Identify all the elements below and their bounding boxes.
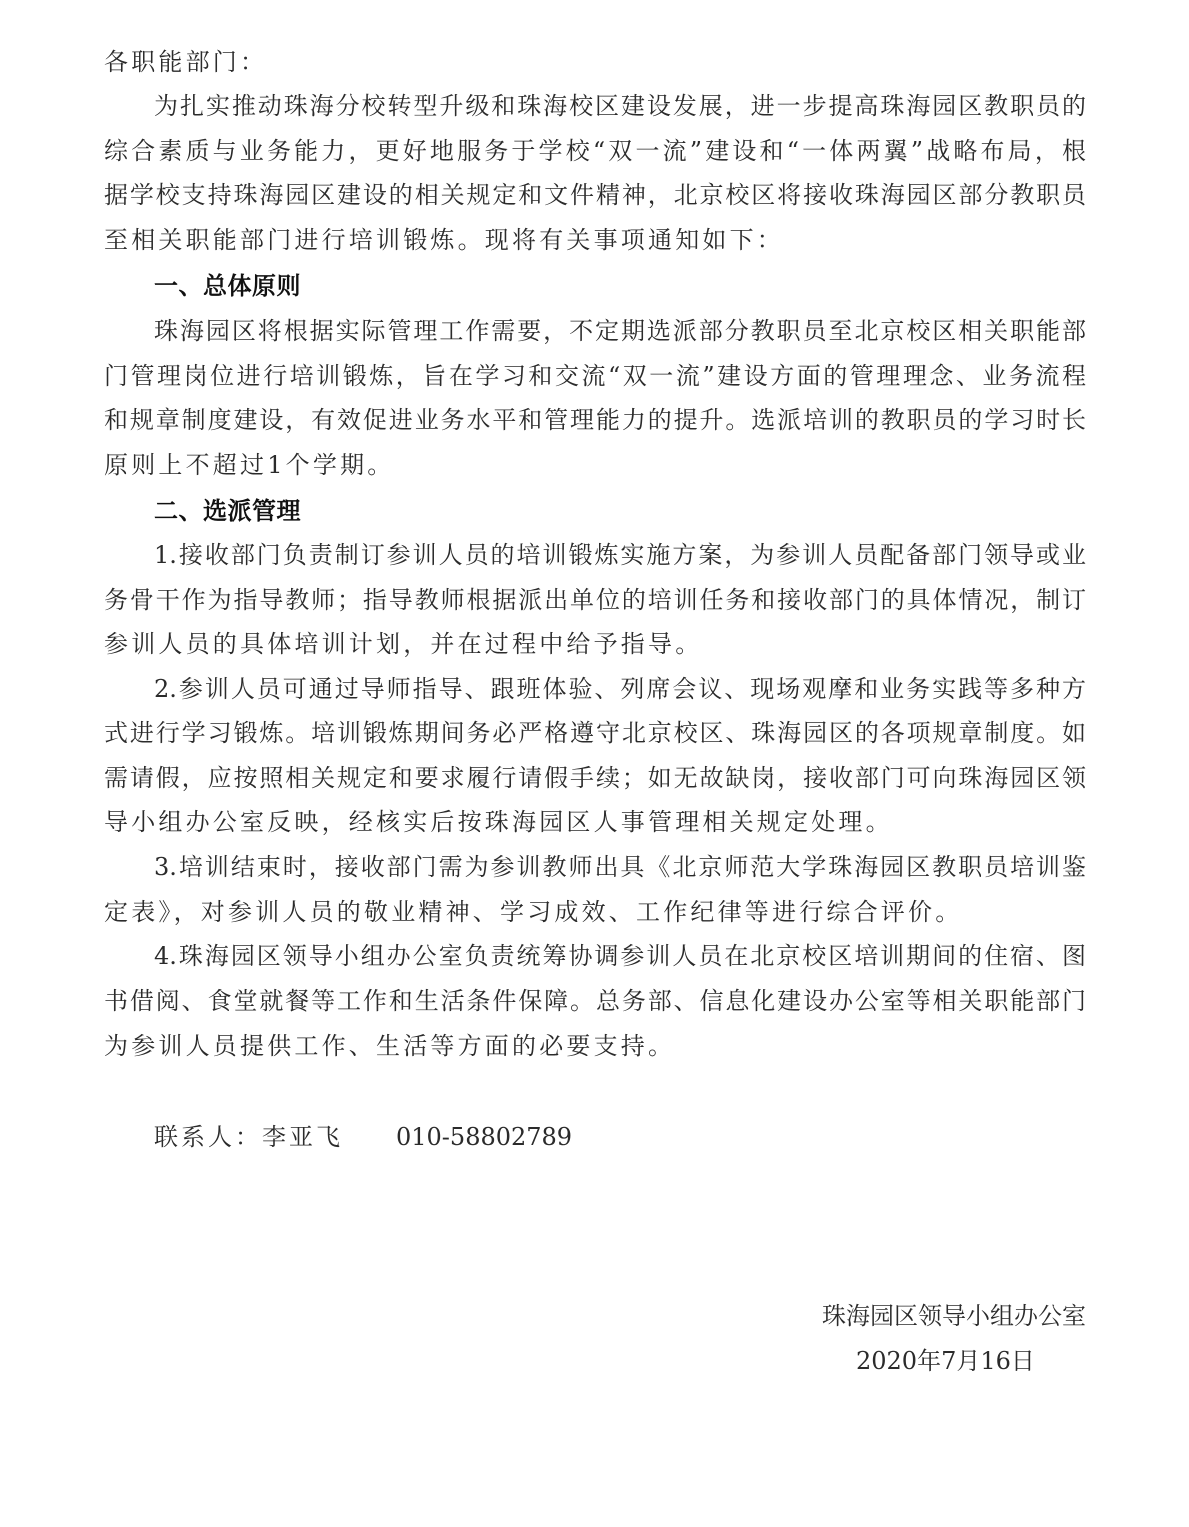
salutation: 各职能部门： [104, 40, 267, 84]
contact-person: 联系人：李亚飞 [154, 1115, 343, 1159]
item-4-line: 为参训人员提供工作、生活等方面的必要支持。 [104, 1024, 675, 1068]
item-1-line: 务骨干作为指导教师；指导教师根据派出单位的培训任务和接收部门的具体情况，制订 [104, 578, 1086, 622]
paragraph-line: 原则上不超过1个学期。 [104, 443, 394, 487]
item-2-line: 需请假，应按照相关规定和要求履行请假手续；如无故缺岗，接收部门可向珠海园区领 [104, 756, 1086, 800]
paragraph-line: 门管理岗位进行培训锻炼，旨在学习和交流“双一流”建设方面的管理理念、业务流程 [104, 354, 1086, 398]
item-2-line: 式进行学习锻炼。培训锻炼期间务必严格遵守北京校区、珠海园区的各项规章制度。如 [104, 711, 1086, 755]
item-3-line: 3.培训结束时，接收部门需为参训教师出具《北京师范大学珠海园区教职员培训鉴 [104, 845, 1086, 889]
intro-line: 至相关职能部门进行培训锻炼。现将有关事项通知如下： [104, 218, 784, 262]
item-4-line: 4.珠海园区领导小组办公室负责统筹协调参训人员在北京校区培训期间的住宿、图 [104, 934, 1086, 978]
paragraph-line: 珠海园区将根据实际管理工作需要，不定期选派部分教职员至北京校区相关职能部 [104, 309, 1086, 353]
section-heading-selection: 二、选派管理 [154, 489, 301, 533]
section-heading-principles: 一、总体原则 [154, 264, 301, 308]
contact-phone: 010-58802789 [396, 1115, 572, 1159]
signature-office: 珠海园区领导小组办公室 [822, 1294, 1086, 1338]
item-4-line: 书借阅、食堂就餐等工作和生活条件保障。总务部、信息化建设办公室等相关职能部门 [104, 979, 1086, 1023]
intro-line: 据学校支持珠海园区建设的相关规定和文件精神，北京校区将接收珠海园区部分教职员 [104, 173, 1086, 217]
item-1-line: 1.接收部门负责制订参训人员的培训锻炼实施方案，为参训人员配备部门领导或业 [104, 533, 1086, 577]
item-1-line: 参训人员的具体培训计划，并在过程中给予指导。 [104, 622, 702, 666]
item-2-line: 2.参训人员可通过导师指导、跟班体验、列席会议、现场观摩和业务实践等多种方 [104, 667, 1086, 711]
intro-line: 为扎实推动珠海分校转型升级和珠海校区建设发展，进一步提高珠海园区教职员的 [104, 84, 1086, 128]
item-2-line: 导小组办公室反映，经核实后按珠海园区人事管理相关规定处理。 [104, 800, 893, 844]
paragraph-line: 和规章制度建设，有效促进业务水平和管理能力的提升。选派培训的教职员的学习时长 [104, 398, 1086, 442]
signature-date: 2020年7月16日 [856, 1339, 1035, 1383]
item-3-line: 定表》，对参训人员的敬业精神、学习成效、工作纪律等进行综合评价。 [104, 890, 962, 934]
intro-line: 综合素质与业务能力，更好地服务于学校“双一流”建设和“一体两翼”战略布局，根 [104, 129, 1086, 173]
